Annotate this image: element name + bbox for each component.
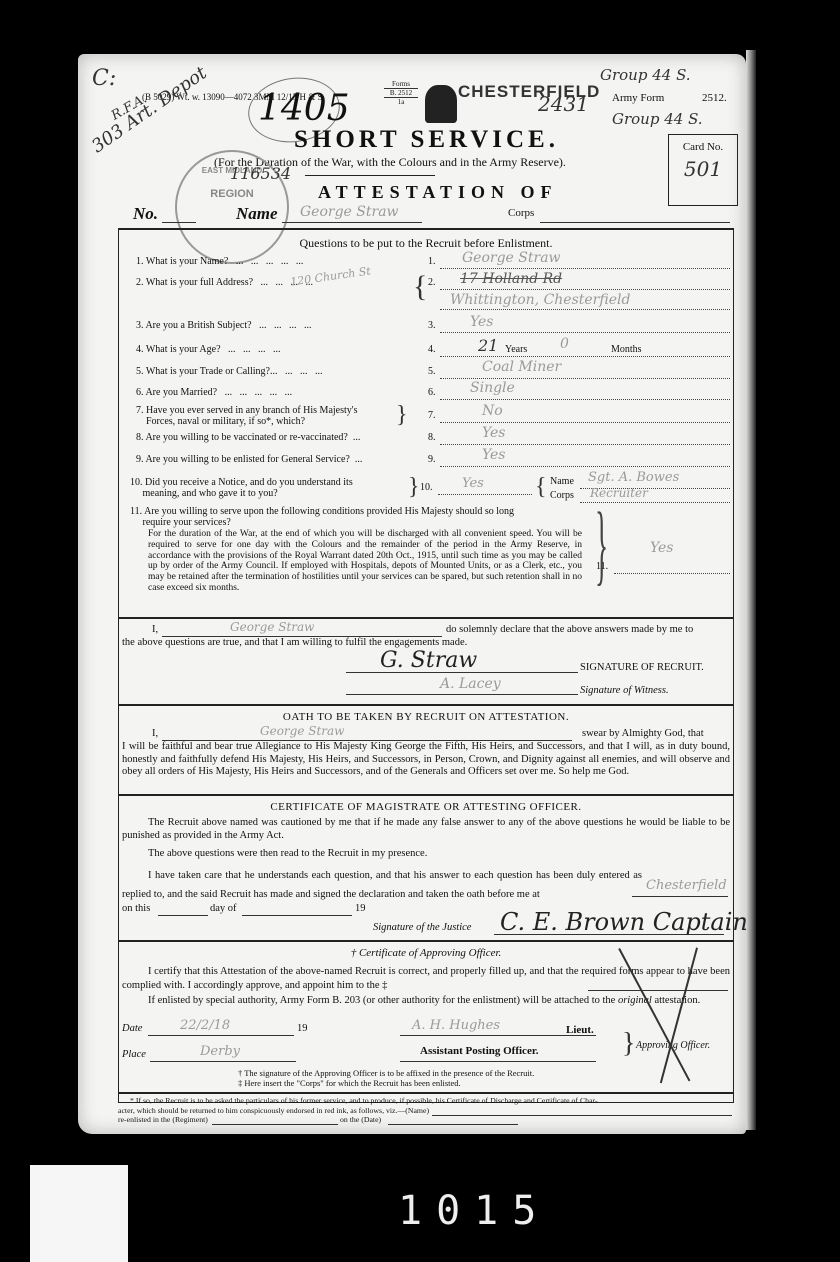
name-field [282,222,422,223]
oath-heading: OATH TO BE TAKEN BY RECRUIT ON ATTESTATI… [118,711,734,723]
film-label-patch [30,1165,128,1262]
justice-signature-label: Signature of the Justice [373,922,471,933]
attestation-place-value: Chesterfield [646,878,727,893]
section-divider [118,1092,734,1094]
rank-stamp: Lieut. [566,1024,594,1036]
answer-9-value: Yes [482,447,506,463]
forms-label: Forms [384,80,418,89]
answer-11-line [614,573,730,574]
answer-8-value: Yes [482,425,506,441]
question-5: 5. What is your Trade or Calling?... ...… [136,366,322,377]
answer-2-line [440,289,730,290]
q10-name-bracket: { [535,474,547,501]
answer-4-line [440,356,730,357]
oath-body: I will be faithful and bear true Allegia… [122,741,730,779]
answer-11-value: Yes [650,540,674,556]
place-field [150,1061,296,1062]
magistrate-para-3: I have taken care that he understands ea… [122,866,642,904]
year-prefix: 19 [355,903,366,914]
approving-heading: † Certificate of Approving Officer. [118,947,734,959]
forms-reference: Forms B. 2512 1a [384,80,418,106]
oath-text-right: swear by Almighty God, that [582,728,704,739]
answer-3-num: 3. [428,320,436,331]
section-divider [118,704,734,706]
justice-signature: C. E. Brown Captain [500,908,748,936]
question-6: 6. Are you Married? ... ... ... ... ... [136,387,292,398]
answer-11-num: 11. [596,561,608,572]
top-right-annotation-1: Group 44 S. [600,66,691,84]
question-8: 8. Are you willing to be vaccinated or r… [136,432,360,443]
magistrate-heading: CERTIFICATE OF MAGISTRATE OR ATTESTING O… [118,801,734,813]
month-field [242,915,352,916]
attestation-title: ATTESTATION OF [318,182,558,203]
answer-10-line [438,494,532,495]
answer-3-value: Yes [470,314,494,330]
declaration-text-line2: the above questions are true, and that I… [122,637,467,648]
footnote-asterisk-3a: re-enlisted in the (Regiment) [118,1115,208,1124]
answer-6-married: Single [470,380,515,396]
officer-bracket: } [622,1028,635,1060]
q7-bracket: } [396,402,408,429]
oath-prefix: I, [152,728,158,739]
question-7: 7. Have you ever served in any branch of… [136,405,357,427]
posting-officer-stamp: Assistant Posting Officer. [420,1045,538,1057]
declaration-name-value: George Straw [230,620,314,634]
margin-annotation-c: C: [92,66,116,91]
name-label: Name [236,204,278,224]
answer-4-months-value: 0 [560,336,569,352]
paper-edge [746,50,756,1130]
years-label: Years [504,344,528,355]
place-label: Place [122,1049,146,1060]
forms-number: B. 2512 [384,89,418,98]
questions-heading: Questions to be put to the Recruit befor… [118,236,734,251]
day-of-label: day of [210,903,237,914]
answer-5-line [440,378,730,379]
appointed-corps-field [588,990,728,991]
answer-9-num: 9. [428,454,436,465]
footnote-asterisk-1: * If so, the Recruit is to be asked the … [130,1096,598,1105]
answer-3-line [440,332,730,333]
date-label: Date [122,1023,142,1034]
footnote-asterisk-3b: on the (Date) [340,1115,381,1124]
notice-name-value: Sgt. A. Bowes [588,470,679,485]
question-9: 9. Are you willing to be enlisted for Ge… [136,454,362,465]
answer-2-line-b [440,309,730,310]
q10-bracket: } [408,474,420,501]
royal-crest-icon [425,85,457,123]
card-number-label: Card No. [669,141,737,153]
declaration-text-right: do solemnly declare that the above answe… [446,624,693,635]
service-conditions-text: For the duration of the War, at the end … [148,529,582,594]
months-label: Months [610,344,643,355]
declaration-prefix: I, [152,624,158,635]
form-title: SHORT SERVICE. [294,126,559,154]
answer-8-line [440,444,730,445]
number-field [162,222,196,223]
recruit-signature-label: SIGNATURE OF RECRUIT. [580,662,704,673]
notice-name-label: Name [550,476,574,487]
notice-corps-line [580,502,730,503]
question-11: 11. Are you willing to serve upon the fo… [130,506,514,528]
recruit-signature: G. Straw [380,648,477,673]
notice-corps-label: Corps [550,490,574,501]
answer-6-num: 6. [428,387,436,398]
circled-number: 1405 [258,88,350,129]
officer-signature: A. H. Hughes [412,1018,500,1033]
date-year-prefix: 19 [297,1023,308,1034]
answer-1-line [440,268,730,269]
section-divider [118,794,734,796]
footnote-date-field [388,1124,518,1125]
region-stamp-label: REGION [177,188,287,200]
army-form-number: 2512. [702,92,727,104]
question-2: 2. What is your full Address? ... ... ..… [136,277,313,288]
corps-field [540,222,730,223]
answer-4-years-value: 21 [478,336,498,355]
army-form-label: Army Form [612,92,664,104]
question-3: 3. Are you a British Subject? ... ... ..… [136,320,312,331]
answer-1-num: 1. [428,256,436,267]
top-right-number: 2431 [538,92,589,116]
question-1: 1. What is your Name? ... ... ... ... ..… [136,256,303,267]
answer-7-value: No [482,403,503,419]
answer-2-num: 2. [428,277,436,288]
witness-signature: A. Lacey [440,676,501,692]
answer-9-line [440,466,730,467]
answer-7-line [440,422,730,423]
answer-4-num: 4. [428,344,436,355]
footnote-name-field [432,1115,732,1116]
answer-6-line [440,399,730,400]
officer-title-line [400,1061,596,1062]
question-10: 10. Did you receive a Notice, and do you… [130,477,353,499]
on-this-label: on this [122,903,150,914]
regimental-number: 116534 [230,164,291,183]
section-divider [118,940,734,942]
number-label: No. [133,204,158,224]
card-number-value: 501 [669,157,737,181]
answer-2-address-line2: Whittington, Chesterfield [450,292,630,308]
magistrate-para-1: The Recruit above named was cautioned by… [122,817,730,842]
date-field [148,1035,294,1036]
section-divider [118,617,734,619]
date-value: 22/2/18 [180,1018,230,1033]
notice-corps-value: Recruiter [590,486,648,500]
name-field-value: George Straw [300,204,399,220]
answer-5-trade: Coal Miner [482,359,561,375]
answer-1-name: George Straw [462,250,561,266]
magistrate-para-2: The above questions were then read to th… [148,848,730,861]
answer-2-address-line1: 17 Holland Rd [460,271,562,287]
witness-signature-label: Signature of Witness. [580,685,669,696]
footnote-double-dagger: ‡ Here insert the "Corps" for which the … [238,1078,461,1088]
attestation-place-field [632,896,728,897]
day-field [158,915,208,916]
answer-10-value: Yes [462,476,484,491]
approving-para-2: If enlisted by special authority, Army F… [122,995,730,1008]
footnote-asterisk-2: acter, which should be returned to him c… [118,1106,429,1115]
title-rule [305,175,435,176]
film-frame-number: 1015 [398,1188,550,1234]
answer-10-num: 10. [420,482,433,493]
q11-bracket: } [595,500,608,590]
footnote-dagger: † The signature of the Approving Officer… [238,1068,534,1078]
oath-name-value: George Straw [260,724,344,738]
address-bracket: { [413,272,427,302]
corps-label: Corps [508,207,534,219]
footnote-regiment-field [212,1124,338,1125]
answer-8-num: 8. [428,432,436,443]
answer-5-num: 5. [428,366,436,377]
witness-signature-line [346,694,578,695]
forms-sub: 1a [384,98,418,106]
card-number-box: Card No. 501 [668,134,738,206]
answer-7-num: 7. [428,410,436,421]
question-4: 4. What is your Age? ... ... ... ... [136,344,281,355]
place-value: Derby [200,1044,240,1059]
top-right-annotation-2: Group 44 S. [612,110,703,128]
